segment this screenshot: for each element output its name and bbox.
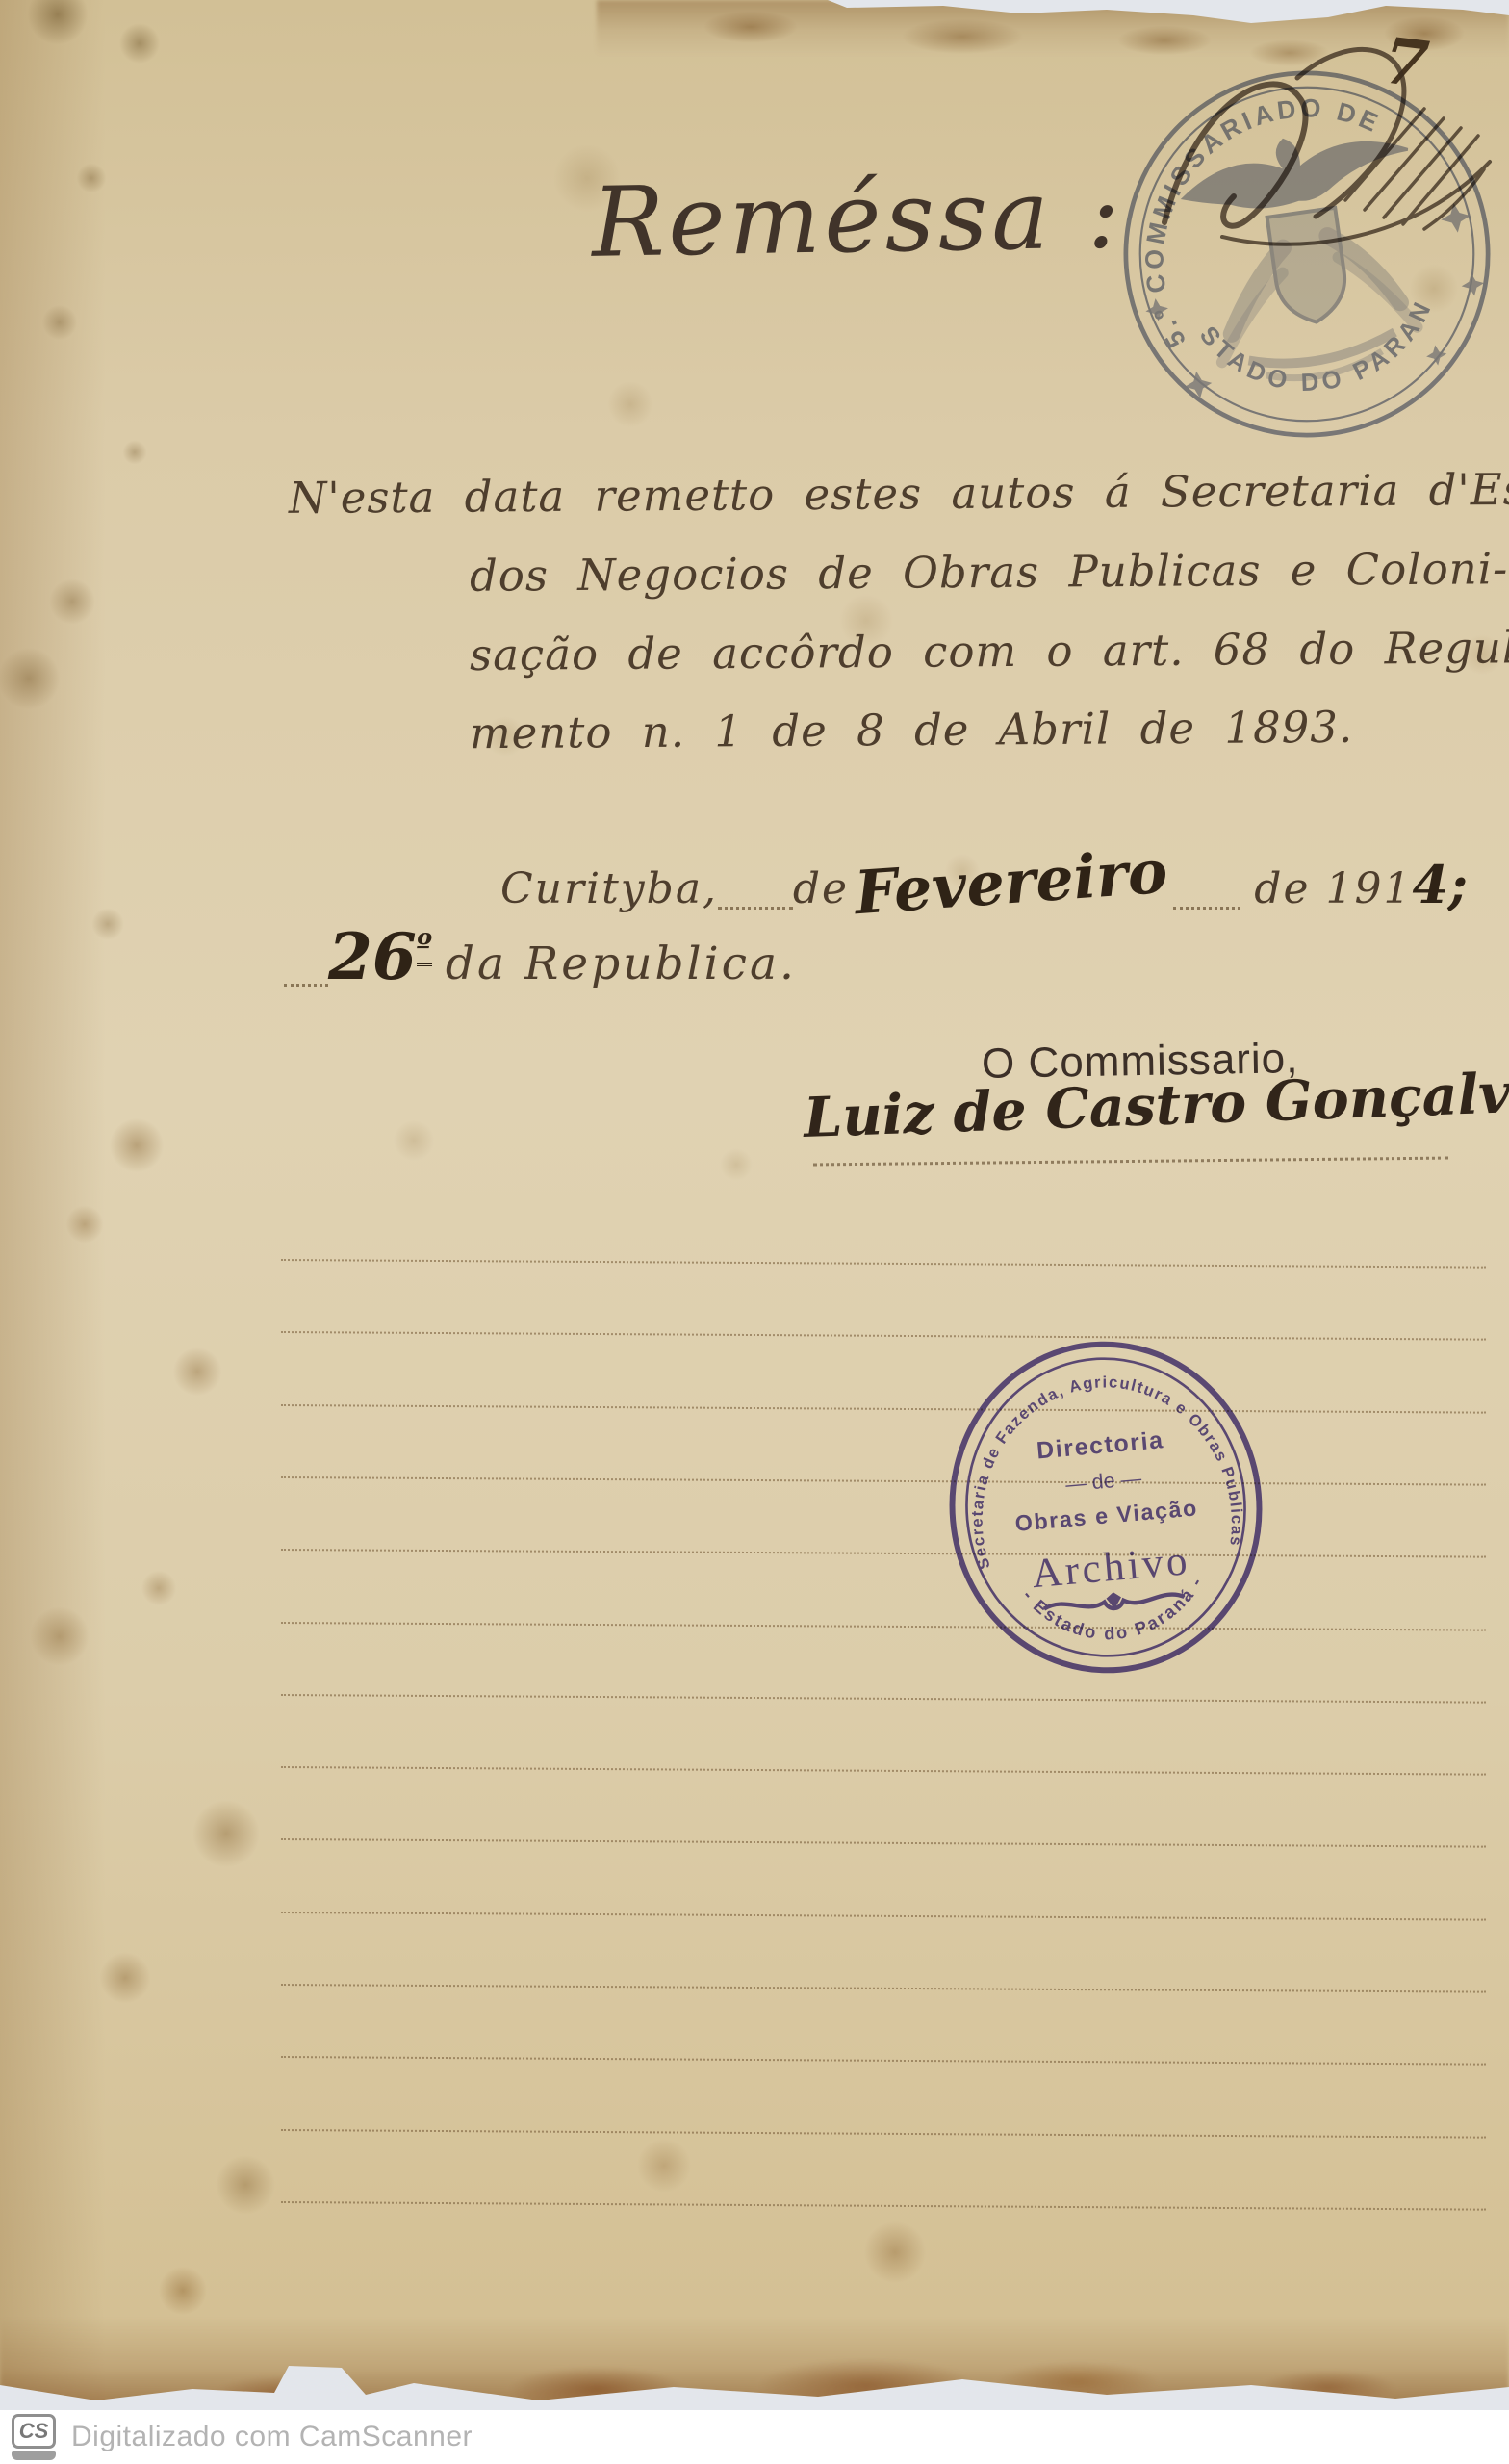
signature-dotted-rule — [813, 1157, 1448, 1167]
dotted-fill — [1173, 907, 1240, 910]
svg-text:Secretaria de Fazenda, Agricul: Secretaria de Fazenda, Agricultura e Obr… — [956, 1361, 1249, 1572]
stamp2-line1: Directoria — [1036, 1426, 1165, 1464]
stamp2-arc-top-text: Secretaria de Fazenda, Agricultura e Obr… — [956, 1361, 1249, 1572]
ruled-dotted-line — [281, 1331, 1486, 1341]
handwritten-month: Fevereiro — [853, 836, 1170, 929]
stamp2-line3: Obras e Viação — [1014, 1495, 1199, 1536]
stamp2-line4: Archivo — [1030, 1538, 1191, 1597]
de-label: de — [793, 864, 849, 913]
republic-label: da Republica. — [446, 937, 797, 990]
ruled-dotted-line — [281, 1622, 1486, 1631]
dotted-fill — [284, 984, 328, 987]
paper-bottom-burn-edge — [0, 2318, 1509, 2406]
date-line: Curityba, de Fevereiro de 191 4; — [500, 847, 1468, 917]
ruled-dotted-line — [281, 1549, 1486, 1558]
ruled-dotted-line — [281, 1694, 1486, 1704]
document-title: Reméssa : — [591, 157, 1124, 279]
camscanner-logo: CS — [12, 2414, 56, 2460]
archivo-stamp: Secretaria de Fazenda, Agricultura e Obr… — [931, 1324, 1280, 1690]
republic-line: 26 º da Republica. — [284, 919, 797, 994]
ruled-dotted-line — [281, 1984, 1486, 1993]
camscanner-footer: CS Digitalizado com CamScanner — [0, 2410, 1509, 2464]
commissario-signature: Luiz de Castro Gonçalves. — [803, 1063, 1469, 1150]
camscanner-logo-bar — [12, 2451, 56, 2460]
handwritten-year-digit: 4; — [1412, 854, 1468, 915]
ruled-dotted-line — [281, 1476, 1486, 1486]
city-label: Curityba, — [500, 864, 718, 913]
ruled-dotted-line — [281, 1766, 1486, 1776]
handwritten-republic-year: 26 — [328, 919, 417, 994]
dotted-fill — [718, 907, 793, 910]
scanned-document-page: 7 — [0, 0, 1509, 2464]
camscanner-logo-cs: CS — [12, 2414, 56, 2449]
body-line-2: dos Negocios de Obras Publicas e Coloni- — [470, 543, 1509, 602]
body-line-3: sação de accôrdo com o art. 68 do Regula… — [470, 622, 1509, 680]
ruled-dotted-line — [281, 2056, 1486, 2066]
ordinal-mark: º — [417, 927, 432, 966]
stamp2-line2: — de — — [1064, 1466, 1142, 1497]
ruled-dotted-line — [281, 1259, 1486, 1269]
ruled-dotted-line — [281, 2201, 1486, 2211]
ruled-dotted-line — [281, 1838, 1486, 1848]
ruled-dotted-line — [281, 1404, 1486, 1414]
paper-sheet: 7 — [0, 0, 1509, 2411]
body-line-1: N'esta data remetto estes autos á Secret… — [289, 463, 1509, 524]
body-line-4: mento n. 1 de 8 de Abril de 1893. — [470, 702, 1354, 758]
camscanner-caption: Digitalizado com CamScanner — [71, 2421, 473, 2453]
commissariado-stamp: 5.º COMMISSARIADO DE ESTADO DO PARANÁ — [1091, 38, 1509, 469]
ruled-dotted-line — [281, 2129, 1486, 2139]
year-printed: de 191 — [1254, 864, 1412, 913]
ruled-dotted-line — [281, 1912, 1486, 1921]
